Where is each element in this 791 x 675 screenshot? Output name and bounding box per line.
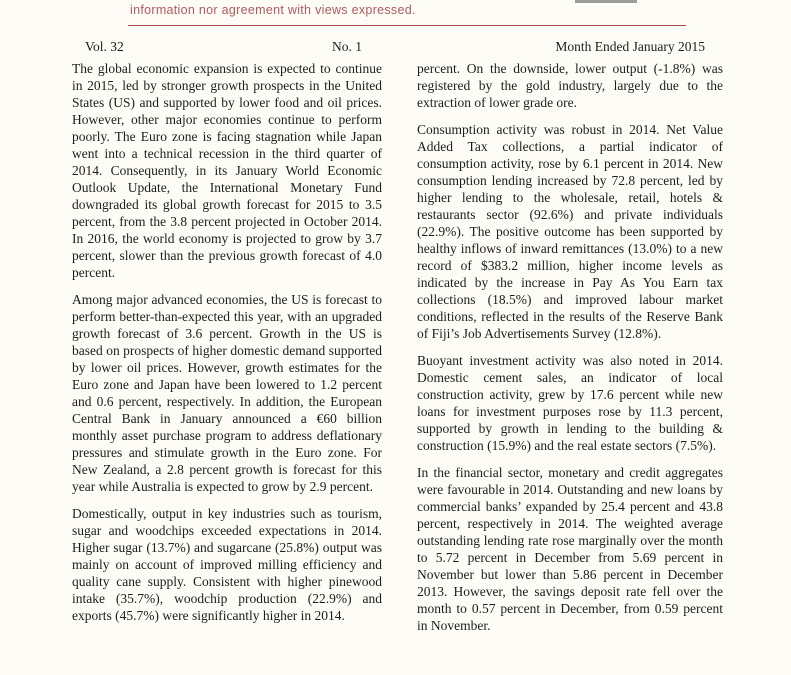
body-paragraph-investment: Buoyant investment activity was also not…	[417, 352, 723, 454]
issue-label: No. 1	[332, 39, 362, 55]
body-paragraph-consumption: Consumption activity was robust in 2014.…	[417, 121, 723, 342]
newsletter-page: information nor agreement with views exp…	[0, 0, 791, 675]
body-paragraph-global-outlook: The global economic expansion is expecte…	[72, 60, 382, 281]
body-paragraph-gold-output: percent. On the downside, lower output (…	[417, 60, 723, 111]
header-rule	[128, 25, 686, 26]
body-paragraph-domestic-output: Domestically, output in key industries s…	[72, 505, 382, 624]
body-paragraph-financial-sector: In the financial sector, monetary and cr…	[417, 464, 723, 634]
right-column: percent. On the downside, lower output (…	[417, 60, 723, 644]
left-column: The global economic expansion is expecte…	[72, 60, 382, 634]
masthead: Vol. 32 No. 1 Month Ended January 2015	[0, 39, 791, 57]
volume-label: Vol. 32	[85, 39, 124, 55]
disclaimer-text: information nor agreement with views exp…	[130, 3, 690, 17]
period-label: Month Ended January 2015	[555, 39, 705, 55]
body-paragraph-advanced-economies: Among major advanced economies, the US i…	[72, 291, 382, 495]
